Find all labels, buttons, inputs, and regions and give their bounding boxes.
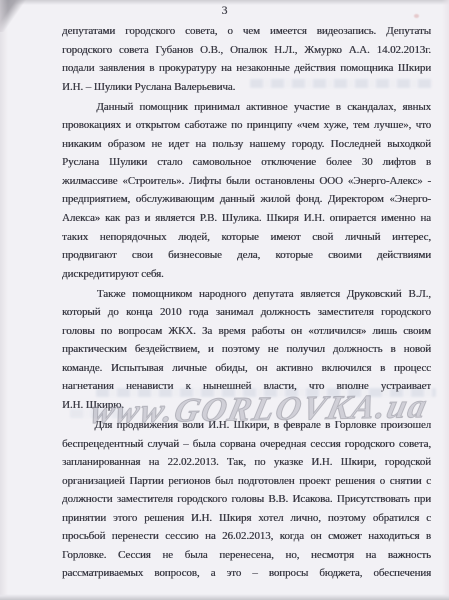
word: хотел — [258, 509, 283, 528]
word: конца — [126, 303, 152, 322]
word: Шкири, — [341, 453, 377, 472]
word: проект — [299, 472, 330, 491]
word: должность — [333, 340, 383, 359]
word: Н.Л., — [274, 41, 297, 60]
word: была — [193, 435, 216, 454]
word: действиями — [377, 246, 431, 265]
word: лишь — [372, 322, 396, 341]
word: заявления — [99, 59, 145, 78]
word: который — [62, 303, 100, 322]
word: Губанов — [155, 41, 193, 60]
word: Руслана — [62, 153, 99, 172]
text-line: организациейПартиирегионовбылподготовлен… — [62, 472, 431, 491]
word: на — [420, 209, 431, 228]
word: остановлены — [255, 172, 314, 191]
word: – — [252, 564, 257, 583]
word: стало — [157, 153, 182, 172]
word: городу. — [292, 135, 324, 154]
word: Так, — [227, 453, 246, 472]
word: вопросам — [118, 322, 162, 341]
word: должности — [62, 490, 112, 509]
word: Шулики — [109, 153, 147, 172]
word: является — [155, 209, 195, 228]
word: на — [205, 527, 216, 546]
word: Директором — [328, 190, 384, 209]
word: городской — [385, 453, 431, 472]
word: на — [195, 135, 206, 154]
word: участие — [294, 98, 330, 117]
word: Горловке. — [62, 546, 106, 565]
word: принципу — [247, 116, 293, 135]
word: но, — [285, 546, 299, 565]
word: никаким — [62, 135, 101, 154]
word: была — [185, 546, 208, 565]
word: В.В. — [268, 490, 288, 509]
word: с — [426, 472, 431, 491]
word: выходкой — [387, 135, 431, 154]
word: находиться — [368, 527, 419, 546]
word: именно — [381, 209, 415, 228]
word: лифтов — [383, 153, 416, 172]
word: хуже, — [324, 116, 349, 135]
text-line: городскогосоветаГубановО.В.,ОпалюкН.Л.,Ж… — [62, 41, 431, 60]
word: более — [326, 153, 352, 172]
word: И.Н. — [191, 509, 212, 528]
word: И.Н. — [304, 209, 325, 228]
word: людей, — [178, 228, 210, 247]
word: нашему — [249, 135, 285, 154]
text-line: предприятием,обслуживающимданныйжилойфон… — [62, 190, 431, 209]
word: А.А. — [349, 41, 370, 60]
text-line: которыйдоконца2010годазанималдолжностьза… — [62, 303, 431, 322]
word: народного — [199, 285, 246, 304]
word: в — [380, 359, 385, 378]
word: сможет — [328, 527, 362, 546]
word: данный — [220, 190, 255, 209]
word: личные — [172, 359, 206, 378]
text-line: команде.Испытываяличныеобиды,онактивновк… — [62, 359, 431, 378]
word: головы — [62, 322, 95, 341]
word: он — [291, 322, 302, 341]
word: бездействием, — [135, 340, 200, 359]
word: своими — [328, 246, 362, 265]
word: перенести — [112, 527, 159, 546]
word: Депутаты — [386, 22, 431, 41]
word: команде. — [62, 359, 102, 378]
word: действия — [294, 59, 335, 78]
word: городского — [177, 490, 227, 509]
word: обслуживающим — [136, 190, 214, 209]
word: а — [211, 564, 216, 583]
word: отключение — [261, 153, 316, 172]
word: 30 — [362, 153, 373, 172]
text-line: Такжепомощникомнародногодепутатаявляется… — [62, 285, 431, 304]
word: в — [336, 98, 341, 117]
word: раз — [125, 209, 139, 228]
word: «отличился» — [308, 322, 366, 341]
word: при — [414, 490, 431, 509]
word: до — [108, 303, 119, 322]
word: должность — [261, 303, 311, 322]
word: обратился — [373, 509, 419, 528]
word: подали — [62, 59, 94, 78]
word: практическим — [62, 340, 127, 359]
word: совета, — [399, 435, 431, 454]
word: сессию — [165, 527, 198, 546]
word: Испытывая — [111, 359, 163, 378]
word: лучше», — [374, 116, 411, 135]
word: городского — [345, 435, 395, 454]
word: чем — [243, 22, 260, 41]
word: совета, — [185, 22, 217, 41]
word: заместителя — [318, 303, 374, 322]
word: помощника — [340, 59, 393, 78]
word: видеозапись. — [317, 22, 376, 41]
text-line: жилмассиве«Строитель».Лифтыбылиостановле… — [62, 172, 431, 191]
word: в — [390, 340, 395, 359]
word: и — [208, 340, 214, 359]
word: лично, — [290, 509, 320, 528]
word: беспрецедентный — [62, 435, 143, 454]
word: занимал — [216, 303, 254, 322]
word: Шулика. — [222, 209, 262, 228]
word: регионов — [168, 472, 210, 491]
word: по — [101, 322, 112, 341]
text-line: такихнепорядочныхлюдей,которыеимеютсвойл… — [62, 228, 431, 247]
word: В.Л., — [408, 285, 431, 304]
scan-edge-bottom — [0, 594, 449, 600]
word: обеспечения — [373, 564, 431, 583]
word: не — [268, 340, 279, 359]
word: которые — [275, 246, 312, 265]
word: Друковский — [347, 285, 402, 304]
word: открытом — [135, 116, 180, 135]
word: заместителя — [117, 490, 173, 509]
text-line: запланированнаяна22.02.2013.Так,поуказке… — [62, 453, 431, 472]
text-line: Данныйпомощникпринималактивноеучастиевск… — [62, 98, 431, 117]
text-line: подализаявлениявпрокуратурунанезаконныед… — [62, 59, 431, 78]
word: 26.02.2013, — [222, 527, 273, 546]
word: Лифты — [189, 172, 221, 191]
text-line: рассматриваемыхвопросов,аэто–вопросыбюдж… — [62, 564, 431, 583]
word: о — [227, 22, 232, 41]
text-line: головыповопросамЖКХ.Завремяработыон«отли… — [62, 322, 431, 341]
word: саботаже — [184, 116, 226, 135]
word: совета — [119, 41, 149, 60]
paragraph: депутатамигородскогосовета,очемимеетсяви… — [62, 22, 431, 96]
word: образом — [108, 135, 145, 154]
word: ЖКХ. — [168, 322, 196, 341]
word: «Энерго- — [389, 190, 431, 209]
word: принятии — [62, 509, 106, 528]
word: организацией — [62, 472, 125, 491]
word: перенесена, — [219, 546, 274, 565]
word: самовольное — [192, 153, 251, 172]
word: прокуратуру — [159, 59, 217, 78]
word: работы — [252, 322, 285, 341]
text-line: провокацияхиоткрытомсаботажепопринципу«ч… — [62, 116, 431, 135]
word: незаконные — [236, 59, 289, 78]
word: обиды, — [215, 359, 247, 378]
word: - — [427, 172, 431, 191]
word: не — [151, 135, 162, 154]
word: имеют — [270, 228, 300, 247]
word: очередная — [260, 435, 306, 454]
word: депутата — [253, 285, 293, 304]
word: по — [231, 116, 242, 135]
word: года — [189, 303, 209, 322]
word: О.В., — [200, 41, 223, 60]
word: дела, — [237, 246, 260, 265]
word: что — [416, 116, 431, 135]
word: Опалюк — [230, 41, 267, 60]
word: время — [218, 322, 245, 341]
word: фонд. — [296, 190, 322, 209]
document-body: депутатамигородскогосовета,очемимеетсяви… — [62, 22, 431, 584]
word: явных — [402, 98, 431, 117]
word: он — [256, 359, 267, 378]
word: подготовлен — [238, 472, 295, 491]
word: провокациях — [62, 116, 121, 135]
word: Партии — [129, 472, 163, 491]
word: За — [202, 322, 212, 341]
scan-edge-right — [442, 0, 449, 600]
word: бюджета, — [319, 564, 362, 583]
word: о — [380, 472, 385, 491]
text-line: должностизаместителягородскогоголовыВ.В.… — [62, 490, 431, 509]
word: Исакова. — [292, 490, 332, 509]
word: просьбой — [62, 527, 105, 546]
word: свой — [312, 228, 333, 247]
word: – — [183, 435, 188, 454]
word: Последней — [331, 135, 381, 154]
word: личный — [345, 228, 380, 247]
word: Присутствовать — [337, 490, 410, 509]
word: получил — [286, 340, 324, 359]
word: И.Н. — [311, 453, 332, 472]
text-line: депутатамигородскогосовета,очемимеетсяви… — [62, 22, 431, 41]
text-line: Горловке.Сессиянебылаперенесена,но,несмо… — [62, 546, 431, 565]
word: опирается — [330, 209, 377, 228]
site-watermark: www.GORLOVKA.ua — [87, 388, 432, 432]
word: свои — [132, 246, 153, 265]
text-line: дискредитируют себя. — [62, 265, 431, 284]
word: важность — [388, 546, 431, 565]
word: таких — [62, 228, 88, 247]
word: Алекса» — [62, 209, 100, 228]
word: сессия — [310, 435, 340, 454]
word: были — [226, 172, 250, 191]
word: новой — [404, 340, 431, 359]
word: решения — [335, 472, 375, 491]
scan-edge-top — [0, 0, 449, 5]
word: этого — [113, 509, 137, 528]
word: городского — [62, 41, 112, 60]
word: и — [144, 209, 150, 228]
word: поэтому — [328, 509, 366, 528]
scan-edge-left — [0, 0, 8, 600]
word: тем — [353, 116, 369, 135]
word: активно — [276, 359, 313, 378]
word: непорядочных — [100, 228, 167, 247]
word: Шкиря — [219, 509, 251, 528]
word: поэтому — [222, 340, 260, 359]
text-line: никакимобразомнеидетнапользунашемугороду… — [62, 135, 431, 154]
word: помощником — [132, 285, 192, 304]
word: процесс — [394, 359, 431, 378]
word: принимал — [194, 98, 240, 117]
word: депутатами — [62, 22, 115, 41]
word: когда — [280, 527, 304, 546]
word: на — [221, 59, 232, 78]
word: вопросов, — [154, 564, 199, 583]
word: Р.В. — [200, 209, 217, 228]
word: указке — [274, 453, 303, 472]
word: «Строитель». — [122, 172, 184, 191]
word: своим — [403, 322, 431, 341]
word: Шкири — [398, 59, 431, 78]
word: предприятием, — [62, 190, 130, 209]
word: решения — [144, 509, 184, 528]
word: головы — [231, 490, 264, 509]
word: продвигают — [62, 246, 117, 265]
word: пользу — [212, 135, 243, 154]
text-line: беспрецедентныйслучай–быласорванаочередн… — [62, 435, 431, 454]
word: по — [254, 453, 265, 472]
word: городского — [125, 22, 175, 41]
word: 22.02.2013. — [167, 453, 218, 472]
word: был — [215, 472, 233, 491]
paragraph: Данныйпомощникпринималактивноеучастиевск… — [62, 98, 431, 283]
word: это — [227, 564, 242, 583]
word: и — [125, 116, 131, 135]
word: является — [300, 285, 340, 304]
text-line: РусланаШуликисталосамовольноеотключениеб… — [62, 153, 431, 172]
word: 14.02.2013г. — [377, 41, 431, 60]
word: жилой — [260, 190, 290, 209]
scan-artifact — [414, 14, 419, 18]
text-line: продвигаютсвоибизнесовыедела,которыесвои… — [62, 246, 431, 265]
text-line: принятииэтогорешенияИ.Н.Шкиряхотеллично,… — [62, 509, 431, 528]
word: 2010 — [160, 303, 182, 322]
word: имеется — [270, 22, 307, 41]
word: случай — [147, 435, 179, 454]
word: включился — [322, 359, 372, 378]
word: активное — [246, 98, 288, 117]
word: которые — [221, 228, 258, 247]
word: с — [426, 509, 431, 528]
word: на — [149, 453, 160, 472]
text-line: практическимбездействием,ипоэтомунеполуч… — [62, 340, 431, 359]
word: ООО — [319, 172, 343, 191]
word: сорвана — [220, 435, 256, 454]
word: запланированная — [62, 453, 140, 472]
page-number: 3 — [0, 5, 449, 17]
word: вопросы — [269, 564, 308, 583]
word: в — [426, 153, 431, 172]
word: помощник — [139, 98, 187, 117]
word: интерес, — [392, 228, 431, 247]
text-line: просьбойперенестисессиюна26.02.2013,когд… — [62, 527, 431, 546]
word: на — [366, 546, 377, 565]
word: Также — [97, 285, 126, 304]
word: снятии — [390, 472, 422, 491]
text-line: И.Н. – Шулики Руслана Валерьевича. — [62, 78, 431, 97]
word: скандалах, — [347, 98, 396, 117]
word: Жмурко — [304, 41, 342, 60]
word: бизнесовые — [168, 246, 222, 265]
word: Шкиря — [266, 209, 298, 228]
word: идет — [168, 135, 189, 154]
word: «Энерго-Алекс» — [348, 172, 423, 191]
text-line: Алекса»какразиявляетсяР.В.Шулика.ШкиряИ.… — [62, 209, 431, 228]
word: как — [105, 209, 120, 228]
word: рассматриваемых — [62, 564, 143, 583]
word: не — [162, 546, 173, 565]
word: Данный — [96, 98, 133, 117]
word: городского — [381, 303, 431, 322]
word: «чем — [297, 116, 319, 135]
word: в — [149, 59, 154, 78]
word: он — [310, 527, 321, 546]
word: в — [426, 527, 431, 546]
paragraph: ДляпродвиженияволиИ.Н.Шкири,вфевралевГор… — [62, 416, 431, 583]
word: жилмассиве — [62, 172, 117, 191]
word: несмотря — [311, 546, 354, 565]
word: Сессия — [118, 546, 151, 565]
